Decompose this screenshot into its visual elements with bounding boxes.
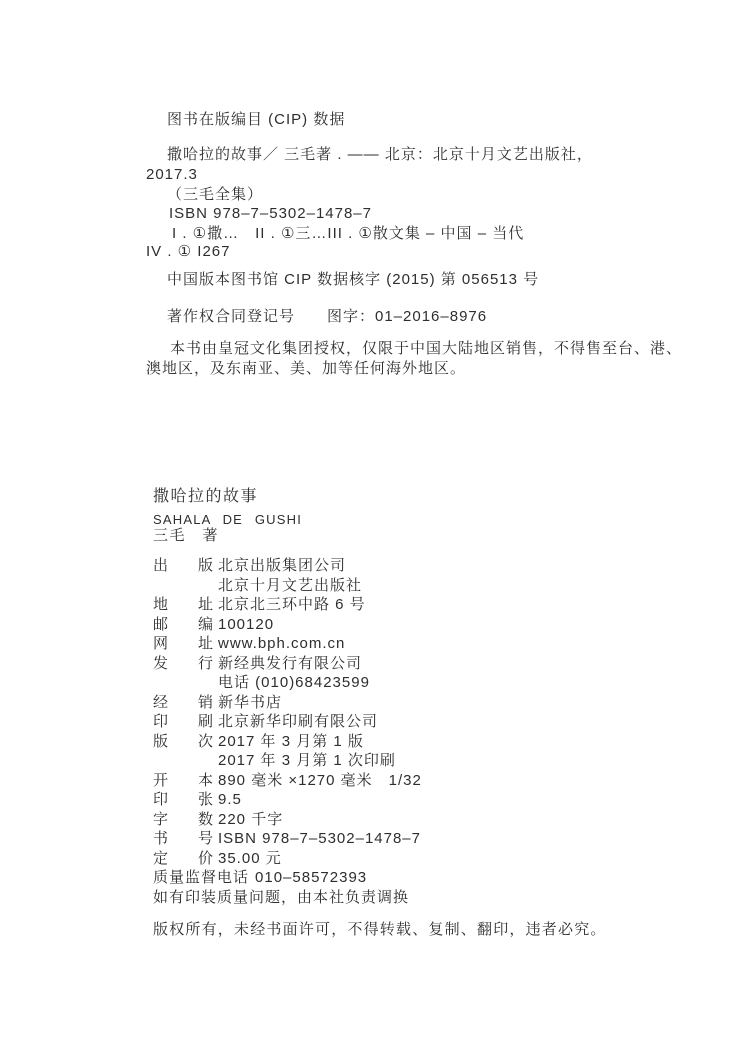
colophon-row-edition: 版次 2017 年 3 月第 1 版 2017 年 3 月第 1 次印刷 [153,732,422,771]
colophon-row-website: 网址 www.bph.com.cn [153,634,422,654]
colophon-value: 100120 [218,615,274,635]
colophon-value-line: 北京新华印刷有限公司 [218,712,378,732]
colophon-value-line: 2017 年 3 月第 1 次印刷 [218,751,396,771]
colophon-value-line: 2017 年 3 月第 1 版 [218,732,396,752]
colophon-value-line: ISBN 978–7–5302–1478–7 [218,829,421,849]
colophon-label: 邮编 [153,615,213,635]
copyright-notice: 版权所有，未经书面许可，不得转载、复制、翻印，违者必究。 [153,920,607,940]
colophon-label: 定价 [153,849,213,869]
colophon-value-line: 9.5 [218,790,242,810]
colophon-label: 字数 [153,810,213,830]
cip-entry-line: （三毛全集） [167,185,263,205]
colophon-row-format: 开本 890 毫米 ×1270 毫米 1/32 [153,771,422,791]
colophon-value: 220 千字 [218,810,283,830]
colophon-row-postcode: 邮编 100120 [153,615,422,635]
colophon-value-line: 北京北三环中路 6 号 [218,595,366,615]
colophon-value: 新经典发行有限公司 电话 (010)68423599 [218,654,370,693]
colophon-list: 出版 北京出版集团公司 北京十月文艺出版社 地址 北京北三环中路 6 号 邮编 … [153,556,422,907]
quality-phone-line: 质量监督电话 010–58572393 [153,868,422,888]
colophon-row-publisher: 出版 北京出版集团公司 北京十月文艺出版社 [153,556,422,595]
colophon-label: 印张 [153,790,213,810]
cip-record-line: 中国版本图书馆 CIP 数据核字 (2015) 第 056513 号 [167,270,539,290]
colophon-value-line: 100120 [218,615,274,635]
book-title: 撒哈拉的故事 [153,487,258,507]
colophon-value: 890 毫米 ×1270 毫米 1/32 [218,771,422,791]
colophon-value: 北京新华印刷有限公司 [218,712,378,732]
quality-phone-value: 010–58572393 [255,868,367,888]
colophon-row-sheets: 印张 9.5 [153,790,422,810]
colophon-value: 新华书店 [218,693,282,713]
colophon-value: www.bph.com.cn [218,634,345,654]
cip-entry-line: 2017.3 [146,165,198,185]
colophon-value-line: 新华书店 [218,693,282,713]
cip-entry-line: 撒哈拉的故事／ 三毛著 . —— 北京：北京十月文艺出版社， [167,145,593,165]
colophon-value: 35.00 元 [218,849,282,869]
cip-heading: 图书在版编目 (CIP) 数据 [167,110,345,130]
copyright-page: 图书在版编目 (CIP) 数据 撒哈拉的故事／ 三毛著 . —— 北京：北京十月… [0,0,750,1060]
colophon-value-line: 890 毫米 ×1270 毫米 1/32 [218,771,422,791]
colophon-value: 2017 年 3 月第 1 版 2017 年 3 月第 1 次印刷 [218,732,396,771]
authorization-note-line: 澳地区，及东南亚、美、加等任何海外地区。 [146,359,466,379]
colophon-label: 版次 [153,732,213,752]
colophon-value-line: 35.00 元 [218,849,282,869]
copyright-registration-line: 著作权合同登记号 图字：01–2016–8976 [167,307,487,327]
colophon-row-printer: 印刷 北京新华印刷有限公司 [153,712,422,732]
replacement-note: 如有印装质量问题，由本社负责调换 [153,888,422,908]
authorization-note-line: 本书由皇冠文化集团授权，仅限于中国大陆地区销售，不得售至台、港、 [170,339,682,359]
colophon-value: 9.5 [218,790,242,810]
colophon-row-isbn: 书号 ISBN 978–7–5302–1478–7 [153,829,422,849]
colophon-label: 经销 [153,693,213,713]
colophon-label: 开本 [153,771,213,791]
colophon-row-distributor: 发行 新经典发行有限公司 电话 (010)68423599 [153,654,422,693]
colophon-value-line: 北京十月文艺出版社 [218,576,362,596]
colophon-label: 网址 [153,634,213,654]
colophon-row-address: 地址 北京北三环中路 6 号 [153,595,422,615]
colophon-value-line: 220 千字 [218,810,283,830]
colophon-value-line: 电话 (010)68423599 [218,673,370,693]
colophon-row-wordcount: 字数 220 千字 [153,810,422,830]
colophon-value-line: 北京出版集团公司 [218,556,362,576]
colophon-row-seller: 经销 新华书店 [153,693,422,713]
colophon-label: 书号 [153,829,213,849]
colophon-value: ISBN 978–7–5302–1478–7 [218,829,421,849]
colophon-value: 北京出版集团公司 北京十月文艺出版社 [218,556,362,595]
colophon-label: 出版 [153,556,213,576]
book-author: 三毛 著 [153,526,219,546]
colophon-label: 发行 [153,654,213,674]
colophon-value: 北京北三环中路 6 号 [218,595,366,615]
colophon-row-price: 定价 35.00 元 [153,849,422,869]
colophon-value-line: www.bph.com.cn [218,634,345,654]
colophon-label: 地址 [153,595,213,615]
cip-classification-line: I . ①撒… II . ①三…III . ①散文集 – 中国 – 当代 [172,224,524,244]
cip-classification-line: IV . ① I267 [146,242,230,262]
colophon-label: 印刷 [153,712,213,732]
quality-phone-label: 质量监督电话 [153,868,249,888]
colophon-value-line: 新经典发行有限公司 [218,654,370,674]
cip-isbn-line: ISBN 978–7–5302–1478–7 [169,204,372,224]
